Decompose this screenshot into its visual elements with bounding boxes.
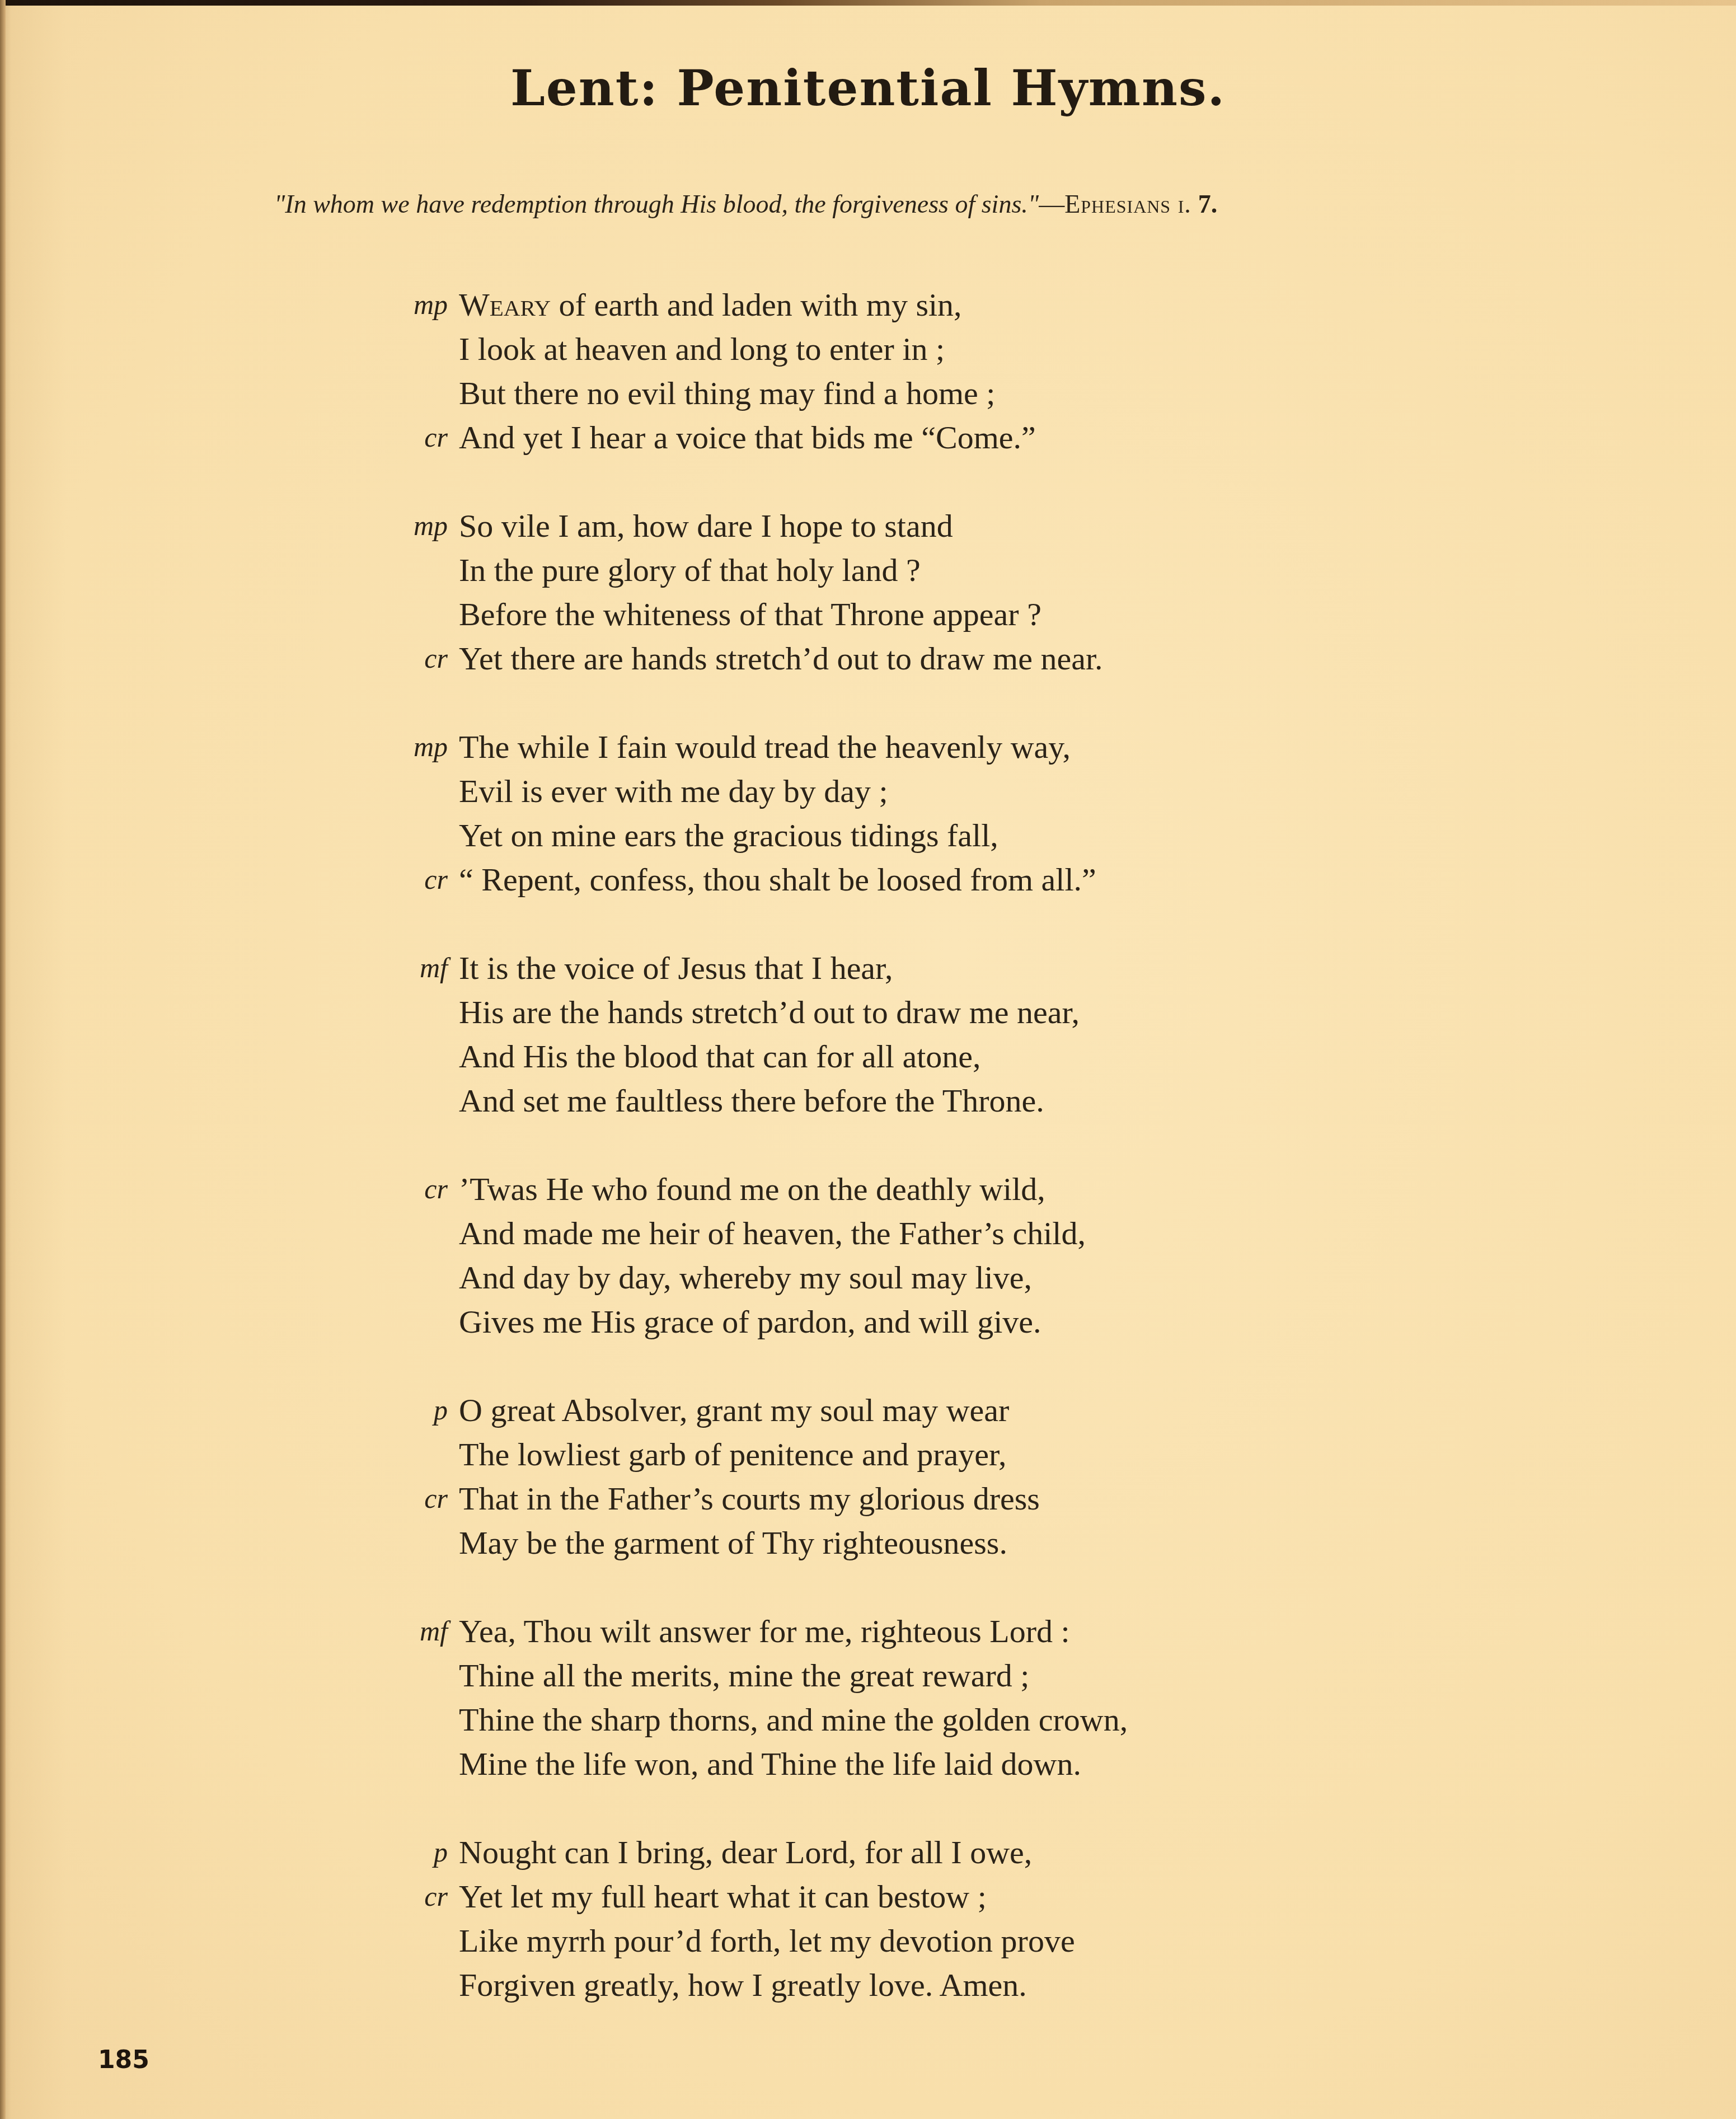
- book-page: Lent: Penitential Hymns. "In whom we hav…: [0, 0, 1736, 2119]
- dynamic-marking: cr: [392, 415, 448, 460]
- dynamic-marking: mp: [392, 504, 448, 548]
- first-word-small-caps: Weary: [459, 287, 551, 323]
- verse-line: And His the blood that can for all atone…: [0, 1034, 1736, 1079]
- dynamic-marking: p: [392, 1388, 448, 1432]
- verse-line: cr Yet there are hands stretch’d out to …: [0, 636, 1736, 681]
- verse-line: And made me heir of heaven, the Father’s…: [0, 1211, 1736, 1255]
- line-text: Nought can I bring, dear Lord, for all I…: [459, 1830, 1032, 1874]
- verse-line: p O great Absolver, grant my soul may we…: [0, 1388, 1736, 1432]
- epigraph-dash: —: [1039, 190, 1064, 218]
- line-text: Gives me His grace of pardon, and will g…: [459, 1300, 1041, 1344]
- line-text: So vile I am, how dare I hope to stand: [459, 504, 953, 548]
- page-title: Lent: Penitential Hymns.: [0, 59, 1736, 117]
- line-text: Like myrrh pour’d forth, let my devotion…: [459, 1919, 1075, 1963]
- line-text: O great Absolver, grant my soul may wear: [459, 1388, 1009, 1432]
- verse-line: Thine the sharp thorns, and mine the gol…: [0, 1698, 1736, 1742]
- verse-line: And day by day, whereby my soul may live…: [0, 1255, 1736, 1300]
- verse-line: mp So vile I am, how dare I hope to stan…: [0, 504, 1736, 548]
- stanza: mf Yea, Thou wilt answer for me, righteo…: [0, 1609, 1736, 1786]
- line-text: Mine the life won, and Thine the life la…: [459, 1742, 1081, 1786]
- line-text: “ Repent, confess, thou shalt be loosed …: [459, 857, 1096, 902]
- epigraph-reference: Ephesians i.: [1064, 190, 1191, 218]
- dynamic-marking: cr: [392, 1874, 448, 1919]
- dynamic-marking: cr: [392, 1476, 448, 1521]
- line-text: Yea, Thou wilt answer for me, righteous …: [459, 1609, 1070, 1653]
- dynamic-marking: mf: [392, 1609, 448, 1653]
- page-number: 185: [98, 2046, 149, 2074]
- page-top-edge: [0, 0, 1736, 6]
- verse-line: cr ’Twas He who found me on the deathly …: [0, 1167, 1736, 1211]
- line-text: Thine all the merits, mine the great rew…: [459, 1653, 1029, 1698]
- verse-line: But there no evil thing may find a home …: [0, 371, 1736, 415]
- stanza: p Nought can I bring, dear Lord, for all…: [0, 1830, 1736, 2007]
- dynamic-marking: mf: [392, 946, 448, 990]
- verse-line: Thine all the merits, mine the great rew…: [0, 1653, 1736, 1698]
- line-text: That in the Father’s courts my glorious …: [459, 1476, 1040, 1521]
- line-text: Before the whiteness of that Throne appe…: [459, 592, 1041, 636]
- verse-line: Evil is ever with me day by day ;: [0, 769, 1736, 813]
- line-text: Yet let my full heart what it can bestow…: [459, 1874, 987, 1919]
- line-text: I look at heaven and long to enter in ;: [459, 327, 945, 371]
- verse-line: cr Yet let my full heart what it can bes…: [0, 1874, 1736, 1919]
- verse-line: I look at heaven and long to enter in ;: [0, 327, 1736, 371]
- line-text: In the pure glory of that holy land ?: [459, 548, 921, 592]
- verse-line: In the pure glory of that holy land ?: [0, 548, 1736, 592]
- dynamic-marking: cr: [392, 857, 448, 902]
- verse-line: Forgiven greatly, how I greatly love. Am…: [0, 1963, 1736, 2007]
- dynamic-marking: mp: [392, 283, 448, 327]
- line-text: Evil is ever with me day by day ;: [459, 769, 888, 813]
- line-text: And His the blood that can for all atone…: [459, 1034, 981, 1079]
- line-text: And set me faultless there before the Th…: [459, 1079, 1044, 1123]
- line-text: The lowliest garb of penitence and praye…: [459, 1432, 1006, 1476]
- epigraph-verse: 7.: [1198, 190, 1218, 218]
- verse-line: mp Weary of earth and laden with my sin,: [0, 283, 1736, 327]
- epigraph: "In whom we have redemption through His …: [274, 189, 1505, 219]
- stanza: mp So vile I am, how dare I hope to stan…: [0, 504, 1736, 681]
- dynamic-marking: mp: [392, 725, 448, 769]
- hymn-text: mp Weary of earth and laden with my sin,…: [0, 283, 1736, 2051]
- line-text: It is the voice of Jesus that I hear,: [459, 946, 893, 990]
- dynamic-marking: p: [392, 1830, 448, 1874]
- line-text: of earth and laden with my sin,: [551, 287, 962, 323]
- verse-line: Before the whiteness of that Throne appe…: [0, 592, 1736, 636]
- line-text: Forgiven greatly, how I greatly love. Am…: [459, 1963, 1027, 2007]
- verse-line: Yet on mine ears the gracious tidings fa…: [0, 813, 1736, 857]
- verse-line: p Nought can I bring, dear Lord, for all…: [0, 1830, 1736, 1874]
- line-text: Yet there are hands stretch’d out to dra…: [459, 636, 1103, 681]
- stanza: mp The while I fain would tread the heav…: [0, 725, 1736, 902]
- verse-line: cr That in the Father’s courts my glorio…: [0, 1476, 1736, 1521]
- verse-line: May be the garment of Thy righteousness.: [0, 1521, 1736, 1565]
- verse-line: His are the hands stretch’d out to draw …: [0, 990, 1736, 1034]
- line-text: His are the hands stretch’d out to draw …: [459, 990, 1080, 1034]
- epigraph-quote: "In whom we have redemption through His …: [274, 190, 1039, 218]
- line-text: May be the garment of Thy righteousness.: [459, 1521, 1007, 1565]
- line-text: The while I fain would tread the heavenl…: [459, 725, 1071, 769]
- dynamic-marking: cr: [392, 636, 448, 681]
- verse-line: Mine the life won, and Thine the life la…: [0, 1742, 1736, 1786]
- line-text: And made me heir of heaven, the Father’s…: [459, 1211, 1086, 1255]
- verse-line: cr And yet I hear a voice that bids me “…: [0, 415, 1736, 460]
- line-text: Yet on mine ears the gracious tidings fa…: [459, 813, 998, 857]
- line-text: But there no evil thing may find a home …: [459, 371, 995, 415]
- verse-line: Gives me His grace of pardon, and will g…: [0, 1300, 1736, 1344]
- verse-line: mf It is the voice of Jesus that I hear,: [0, 946, 1736, 990]
- line-text: And yet I hear a voice that bids me “Com…: [459, 415, 1036, 460]
- stanza: cr ’Twas He who found me on the deathly …: [0, 1167, 1736, 1344]
- line-text: And day by day, whereby my soul may live…: [459, 1255, 1032, 1300]
- verse-line: mp The while I fain would tread the heav…: [0, 725, 1736, 769]
- stanza: mp Weary of earth and laden with my sin,…: [0, 283, 1736, 460]
- line-text: ’Twas He who found me on the deathly wil…: [459, 1167, 1045, 1211]
- stanza: p O great Absolver, grant my soul may we…: [0, 1388, 1736, 1565]
- verse-line: Like myrrh pour’d forth, let my devotion…: [0, 1919, 1736, 1963]
- dynamic-marking: cr: [392, 1167, 448, 1211]
- line-text: Thine the sharp thorns, and mine the gol…: [459, 1698, 1128, 1742]
- verse-line: The lowliest garb of penitence and praye…: [0, 1432, 1736, 1476]
- verse-line: And set me faultless there before the Th…: [0, 1079, 1736, 1123]
- verse-line: cr “ Repent, confess, thou shalt be loos…: [0, 857, 1736, 902]
- stanza: mf It is the voice of Jesus that I hear,…: [0, 946, 1736, 1123]
- verse-line: mf Yea, Thou wilt answer for me, righteo…: [0, 1609, 1736, 1653]
